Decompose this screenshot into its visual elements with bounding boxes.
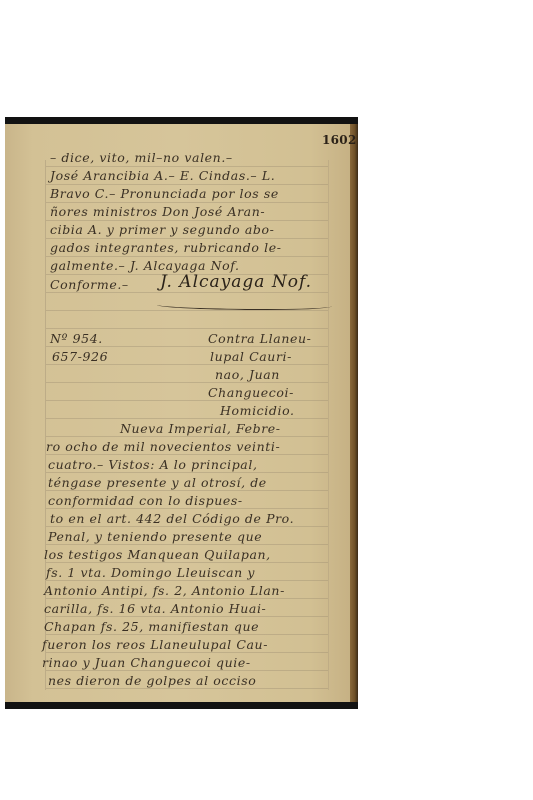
rule-line: [46, 346, 328, 347]
rule-line: [46, 670, 328, 671]
rule-line: [46, 238, 328, 239]
rule-line: [46, 256, 328, 257]
rule-line: [46, 580, 328, 581]
signature: J. Alcayaga Nof.: [160, 272, 312, 292]
rule-line: [46, 508, 328, 509]
rule-line: [46, 166, 328, 167]
right-margin-rule: [328, 160, 329, 690]
rule-line: [46, 598, 328, 599]
conforme-label: Conforme.–: [50, 277, 129, 292]
handwritten-line: gados integrantes, rubricando le-: [50, 240, 282, 255]
page-binding-edge: [350, 124, 358, 702]
handwritten-line: cibia A. y primer y segundo abo-: [50, 222, 274, 237]
rule-line: [46, 526, 328, 527]
rule-line: [46, 310, 328, 311]
rule-line: [46, 490, 328, 491]
body-line: ro ocho de mil novecientos veinti-: [46, 439, 280, 454]
case-heading-line: nao, Juan: [215, 367, 280, 382]
case-heading-line: Changuecoi-: [208, 385, 294, 400]
rule-line: [46, 616, 328, 617]
rule-line: [46, 292, 328, 293]
body-line: fs. 1 vta. Domingo Lleuiscan y: [46, 565, 255, 580]
case-reference: 657-926: [52, 349, 108, 364]
body-line: to en el art. 442 del Código de Pro.: [50, 511, 294, 526]
handwritten-line: José Arancibia A.– E. Cindas.– L.: [50, 168, 275, 183]
body-line: los testigos Manquean Quilapan,: [44, 547, 271, 562]
rule-line: [46, 184, 328, 185]
rule-line: [46, 418, 328, 419]
rule-line: [46, 202, 328, 203]
rule-line: [46, 454, 328, 455]
rule-line: [46, 544, 328, 545]
handwritten-line: – dice, vito, mil–no valen.–: [50, 150, 233, 165]
body-line: Chapan fs. 25, manifiestan que: [44, 619, 259, 634]
handwritten-line: ñores ministros Don José Aran-: [50, 204, 265, 219]
body-line: conformidad con lo dispues-: [48, 493, 243, 508]
body-line: rinao y Juan Changuecoi quie-: [42, 655, 251, 670]
case-number: Nº 954.: [50, 331, 103, 346]
rule-line: [46, 220, 328, 221]
body-line: Nueva Imperial, Febre-: [120, 421, 281, 436]
rule-line: [46, 364, 328, 365]
rule-line: [46, 328, 328, 329]
handwritten-line: Bravo C.– Pronunciada por los se: [50, 186, 279, 201]
rule-line: [46, 688, 328, 689]
body-line: fueron los reos Llaneulupal Cau-: [42, 637, 268, 652]
rule-line: [46, 400, 328, 401]
body-line: téngase presente y al otrosí, de: [48, 475, 267, 490]
rule-line: [46, 652, 328, 653]
page-number: 1602: [322, 133, 357, 147]
case-heading-line: Contra Llaneu-: [208, 331, 311, 346]
rule-line: [46, 634, 328, 635]
body-line: cuatro.– Vistos: A lo principal,: [48, 457, 258, 472]
body-line: Penal, y teniendo presente que: [48, 529, 262, 544]
handwritten-line: galmente.– J. Alcayaga Nof.: [50, 258, 240, 273]
case-heading-line: Homicidio.: [220, 403, 295, 418]
body-line: carilla, fs. 16 vta. Antonio Huai-: [44, 601, 266, 616]
case-heading-line: lupal Cauri-: [210, 349, 292, 364]
body-line: Antonio Antipi, fs. 2, Antonio Llan-: [44, 583, 285, 598]
body-line: nes dieron de golpes al occiso: [48, 673, 256, 688]
rule-line: [46, 382, 328, 383]
rule-line: [46, 436, 328, 437]
rule-line: [46, 562, 328, 563]
rule-line: [46, 472, 328, 473]
